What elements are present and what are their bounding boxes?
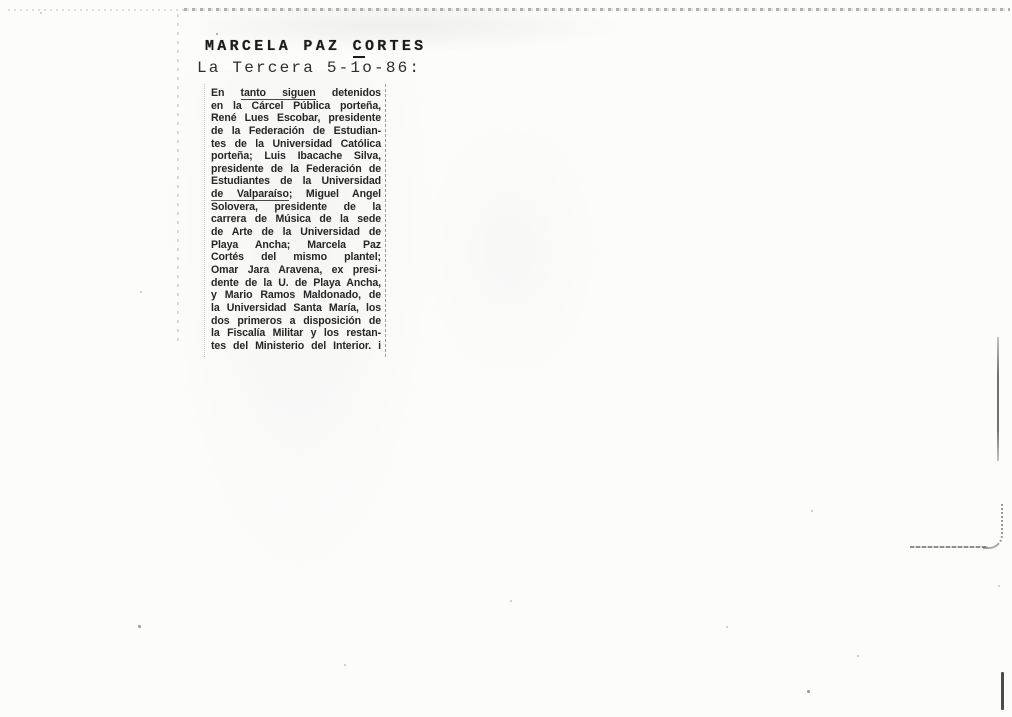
scanned-page: MARCELA PAZ CORTES La Tercera 5-1o-86: E… — [0, 0, 1012, 717]
text-run: Estudiantes de la Universidad — [211, 175, 381, 187]
pen-underlined-text: Valparaíso — [237, 188, 289, 201]
clipping-text-line: tes de la Universidad Católica — [211, 138, 381, 151]
scan-texture-wash — [420, 120, 600, 380]
text-run: presidente de la Federación de — [211, 163, 381, 175]
clipping-text-line: dos primeros a disposición de — [211, 315, 381, 328]
text-run: detenidos — [316, 87, 381, 99]
scan-speck — [807, 690, 810, 693]
clipping-text-line: de la Federación de Estudian- — [211, 125, 381, 138]
text-run: MARCELA PAZ — [205, 38, 353, 55]
sheet-left-edge — [177, 14, 179, 344]
text-run: de la Federación de Estudian- — [211, 125, 381, 137]
scan-speck — [344, 664, 346, 666]
clipping-text-line: tes del Ministerio del Interior. i — [211, 340, 381, 353]
text-run: de — [211, 188, 237, 200]
text-run: tes del Ministerio del Interior. i — [211, 340, 381, 352]
text-run: en la Cárcel Pública porteña, — [211, 100, 381, 112]
pen-underlined-text: C — [353, 38, 365, 58]
text-run: la Universidad Santa María, los — [211, 302, 381, 314]
sheet-top-edge — [184, 8, 1010, 11]
text-run: dente de la U. de Playa Ancha, — [211, 277, 381, 289]
text-run: tes de la Universidad Católica — [211, 138, 381, 150]
text-run: era, presidente de la — [239, 201, 381, 213]
text-run: y Mario Ramos Maldonado, de — [211, 289, 381, 301]
sheet-bottom-edge — [910, 546, 988, 548]
pen-overlined-text: Solov — [211, 200, 239, 213]
scan-speck — [811, 510, 813, 512]
sheet-top-edge-faint — [8, 9, 184, 11]
clipping-source-date: La Tercera 5-1o-86: — [197, 59, 421, 77]
clipping-text-line: René Lues Escobar, presidente — [211, 112, 381, 125]
text-run: carrera de Música de la sede — [211, 213, 381, 225]
text-run: En — [211, 87, 241, 99]
clipping-text-line: En tanto siguen detenidos — [211, 87, 381, 100]
scan-speck — [140, 291, 142, 293]
text-run: dos primeros a disposición de — [211, 315, 381, 327]
clipping-text-line: de Arte de la Universidad de — [211, 226, 381, 239]
text-run: René Lues Escobar, presidente — [211, 112, 381, 124]
clipping-text-line: de Valparaíso; Miguel Angel — [211, 188, 381, 201]
scan-edge-mark — [1001, 672, 1004, 710]
clipping-text-line: Playa Ancha; Marcela Paz — [211, 239, 381, 252]
text-run: ORTES — [365, 38, 427, 55]
text-run: porteña; Luis Ibacache Silva, — [211, 150, 381, 162]
clipping-title: MARCELA PAZ CORTES — [205, 38, 426, 55]
text-run: Cortés del mismo plantel; — [211, 251, 381, 263]
scan-speck — [726, 626, 728, 628]
clipping-text-line: dente de la U. de Playa Ancha, — [211, 277, 381, 290]
scan-speck — [138, 625, 141, 628]
clipping-text-line: la Fiscalía Militar y los restan- — [211, 327, 381, 340]
scan-speck — [216, 33, 218, 35]
text-run: Playa Ancha; Marcela Paz — [211, 239, 381, 251]
clipping-text-line: carrera de Música de la sede — [211, 213, 381, 226]
text-run: de Arte de la Universidad de — [211, 226, 381, 238]
clipping-text-line: Estudiantes de la Universidad — [211, 175, 381, 188]
scan-speck — [40, 12, 42, 14]
scan-speck — [857, 655, 859, 657]
text-run: Omar Jara Aravena, ex presi- — [211, 264, 381, 276]
newspaper-clipping: En tanto siguen detenidosen la Cárcel Pú… — [204, 84, 386, 357]
scan-speck — [510, 600, 512, 602]
text-run: la Fiscalía Militar y los restan- — [211, 327, 381, 339]
scan-speck — [998, 585, 1000, 587]
sheet-bottom-right-corner — [983, 503, 1003, 549]
clipping-text-line: la Universidad Santa María, los — [211, 302, 381, 315]
clipping-text-line: Omar Jara Aravena, ex presi- — [211, 264, 381, 277]
clipping-text-line: Solovera, presidente de la — [211, 201, 381, 214]
pen-underlined-text: tanto siguen — [241, 87, 316, 100]
text-run: ; Miguel Angel — [289, 188, 381, 200]
clipping-text-line: en la Cárcel Pública porteña, — [211, 100, 381, 113]
clipping-text-line: y Mario Ramos Maldonado, de — [211, 289, 381, 302]
clipping-text-line: presidente de la Federación de — [211, 163, 381, 176]
sheet-right-edge — [997, 337, 999, 461]
clipping-text-line: Cortés del mismo plantel; — [211, 251, 381, 264]
clipping-text-line: porteña; Luis Ibacache Silva, — [211, 150, 381, 163]
